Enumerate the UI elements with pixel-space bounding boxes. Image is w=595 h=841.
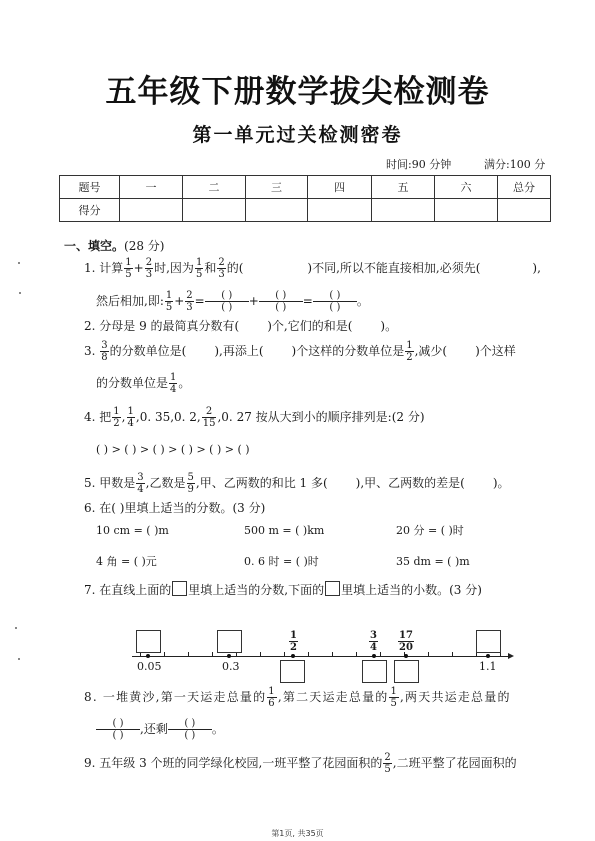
- fraction-answer-blank[interactable]: ( )( ): [205, 290, 249, 313]
- fraction: 16: [267, 686, 277, 709]
- fraction: 215: [202, 406, 217, 429]
- tick: [452, 652, 453, 656]
- q4-order-blanks[interactable]: ( ) > ( ) > ( ) > ( ) > ( ) > ( ): [96, 442, 250, 458]
- fraction: 12: [112, 406, 120, 429]
- number-line: [132, 656, 510, 657]
- answer-box-above-1-1[interactable]: [476, 630, 501, 653]
- question-1-line1: 1. 计算15+23时,因为15和23的()不同,所以不能直接相加,必须先(),: [84, 257, 541, 280]
- question-number: 3.: [84, 344, 95, 358]
- scan-speck: [18, 262, 20, 264]
- q6-item-3[interactable]: 20 分 = ( )时: [396, 523, 464, 539]
- q1-text: 时,因为: [154, 261, 194, 275]
- question-number: 9.: [84, 756, 95, 770]
- label-0-05: 0.05: [137, 660, 162, 673]
- tick: [356, 652, 357, 656]
- q5-text: ,甲、乙两数的和比 1 多(: [196, 476, 328, 490]
- fraction-answer-blank[interactable]: ( )( ): [96, 718, 140, 741]
- exam-title: 五年级下册数学拔尖检测卷: [0, 66, 595, 111]
- equals-sign: =: [303, 294, 313, 308]
- q2-text: )。: [380, 319, 397, 333]
- period: 。: [357, 294, 369, 308]
- plus-sign: +: [134, 261, 144, 275]
- question-3-line1: 3. 38的分数单位是(),再添上()个这样的分数单位是12,减少()个这样: [84, 340, 516, 363]
- fraction: 12: [405, 340, 413, 363]
- q8-text: ,还剩: [140, 722, 168, 736]
- scan-speck: [18, 658, 20, 660]
- q1-text: 和: [204, 261, 216, 275]
- tick: [212, 652, 213, 656]
- tick: [332, 652, 333, 656]
- tick: [188, 652, 189, 656]
- q4-text: 把: [99, 410, 111, 424]
- q3-text: )个这样: [475, 344, 516, 358]
- point-0-05: [146, 654, 150, 658]
- fraction: 15: [195, 257, 203, 280]
- score-input-2[interactable]: [183, 199, 246, 222]
- question-2: 2. 分母是 9 的最简真分数有()个,它们的和是()。: [84, 318, 397, 334]
- label-17-20: 1720: [397, 630, 415, 653]
- q4-text: ,0. 27 按从大到小的顺序排列是:(2 分): [217, 410, 424, 424]
- tick: [380, 652, 381, 656]
- q7-text: 在直线上面的: [99, 583, 171, 597]
- period: 。: [212, 722, 224, 736]
- fraction-answer-blank[interactable]: ( )( ): [259, 290, 303, 313]
- cell-section-6: 六: [435, 176, 498, 199]
- q1-text: ),: [532, 261, 541, 275]
- q7-text: 里填上适当的分数,下面的: [188, 583, 324, 597]
- score-input-6[interactable]: [435, 199, 498, 222]
- full-score: 满分:100 分: [484, 156, 545, 172]
- question-3-line2: 的分数单位是14。: [96, 372, 190, 395]
- cell-section-4: 四: [308, 176, 372, 199]
- fraction: 59: [187, 472, 195, 495]
- page-footer: 第1页, 共35页: [0, 828, 595, 839]
- question-number: 2.: [84, 319, 95, 333]
- question-6: 6. 在( )里填上适当的分数。(3 分): [84, 500, 265, 516]
- q1-text: 计算: [99, 261, 123, 275]
- answer-box-above-0-05[interactable]: [136, 630, 161, 653]
- question-7: 7. 在直线上面的里填上适当的分数,下面的里填上适当的小数。(3 分): [84, 581, 482, 598]
- q8-text: ,两天共运走总量的: [400, 690, 511, 704]
- q9-text: 五年级 3 个班的同学绿化校园,一班平整了花园面积的: [99, 756, 382, 770]
- equals-sign: =: [195, 294, 205, 308]
- section-points: (28 分): [124, 239, 164, 253]
- fraction: 14: [127, 406, 135, 429]
- score-input-3[interactable]: [246, 199, 308, 222]
- cell-label-score: 得分: [60, 199, 120, 222]
- tick: [284, 652, 285, 656]
- answer-box-below-half[interactable]: [280, 660, 305, 683]
- q1-text: 然后相加,即:: [96, 294, 164, 308]
- exam-subtitle: 第一单元过关检测密卷: [0, 120, 595, 147]
- tick: [428, 652, 429, 656]
- fraction: 38: [100, 340, 108, 363]
- question-8-line1: 8. 一堆黄沙,第一天运走总量的16,第二天运走总量的15,两天共运走总量的: [84, 686, 511, 709]
- arrow-right-icon: [508, 653, 514, 659]
- score-table-header-row: 题号 一 二 三 四 五 六 总分: [60, 176, 551, 199]
- fraction: 15: [389, 686, 399, 709]
- q8-text: ,第二天运走总量的: [278, 690, 389, 704]
- q6-item-5[interactable]: 0. 6 时 = ( )时: [244, 554, 319, 570]
- cell-total: 总分: [498, 176, 551, 199]
- section-title: 一、填空。: [64, 239, 124, 253]
- point-0-3: [227, 654, 231, 658]
- answer-box-below-three-quarters[interactable]: [362, 660, 387, 683]
- cell-section-5: 五: [372, 176, 435, 199]
- label-three-quarters: 34: [368, 630, 379, 653]
- score-table-score-row: 得分: [60, 199, 551, 222]
- q3-text: )个这样的分数单位是: [292, 344, 405, 358]
- question-number: 8.: [84, 690, 98, 704]
- q8-text: 一堆黄沙,第一天运走总量的: [103, 690, 266, 704]
- answer-box-below-17-20[interactable]: [394, 660, 419, 683]
- question-8-line2: ( )( ),还剩( )( )。: [96, 718, 224, 741]
- period: 。: [178, 376, 190, 390]
- question-number: 7.: [84, 583, 95, 597]
- fraction: 15: [124, 257, 132, 280]
- scan-speck: [19, 292, 21, 294]
- tick: [260, 652, 261, 656]
- q2-text: 分母是 9 的最简真分数有(: [99, 319, 239, 333]
- score-table: 题号 一 二 三 四 五 六 总分 得分: [59, 175, 551, 222]
- q5-text: )。: [493, 476, 510, 490]
- box-icon: [325, 581, 340, 596]
- question-number: 6.: [84, 501, 95, 515]
- point-half: [291, 654, 295, 658]
- fraction: 34: [136, 472, 144, 495]
- q3-text: 的分数单位是: [96, 376, 168, 390]
- q4-text: ,0. 35,0. 2,: [136, 410, 201, 424]
- label-0-3: 0.3: [222, 660, 240, 673]
- q9-text: ,二班平整了花园面积的: [393, 756, 517, 770]
- q1-text: 的(: [227, 261, 244, 275]
- cell-section-3: 三: [246, 176, 308, 199]
- q3-text: ),再添上(: [214, 344, 263, 358]
- cell-section-1: 一: [120, 176, 183, 199]
- question-5: 5. 甲数是34,乙数是59,甲、乙两数的和比 1 多(),甲、乙两数的差是()…: [84, 472, 510, 495]
- scan-speck: [15, 627, 17, 629]
- cell-section-2: 二: [183, 176, 246, 199]
- label-one-half: 12: [288, 630, 299, 653]
- fraction: 23: [145, 257, 153, 280]
- fraction: 23: [185, 290, 193, 313]
- score-input-total[interactable]: [498, 199, 551, 222]
- point-1-1: [486, 654, 490, 658]
- q6-text: 在( )里填上适当的分数。(3 分): [99, 501, 265, 515]
- question-number: 5.: [84, 476, 95, 490]
- cell-label-question-number: 题号: [60, 176, 120, 199]
- q5-text: ),甲、乙两数的差是(: [356, 476, 465, 490]
- box-icon: [172, 581, 187, 596]
- fraction: 15: [165, 290, 173, 313]
- fraction: 25: [383, 752, 391, 775]
- point-17-20: [404, 654, 408, 658]
- q5-text: 甲数是: [99, 476, 135, 490]
- score-input-4[interactable]: [308, 199, 372, 222]
- answer-box-above-0-3[interactable]: [217, 630, 242, 653]
- plus-sign: +: [174, 294, 184, 308]
- time-limit: 时间:90 分钟: [386, 156, 451, 172]
- question-9: 9. 五年级 3 个班的同学绿化校园,一班平整了花园面积的25,二班平整了花园面…: [84, 752, 517, 775]
- tick: [164, 652, 165, 656]
- q6-item-2[interactable]: 500 m = ( )km: [244, 523, 324, 539]
- fraction: 14: [169, 372, 177, 395]
- q6-item-4[interactable]: 4 角 = ( )元: [96, 554, 157, 570]
- fraction-answer-blank[interactable]: ( )( ): [168, 718, 212, 741]
- q3-text: ,减少(: [415, 344, 448, 358]
- score-input-1[interactable]: [120, 199, 183, 222]
- fraction-answer-blank[interactable]: ( )( ): [313, 290, 357, 313]
- point-three-quarters: [372, 654, 376, 658]
- q6-item-6[interactable]: 35 dm = ( )m: [396, 554, 470, 570]
- q6-item-1[interactable]: 10 cm = ( )m: [96, 523, 169, 539]
- question-number: 1.: [84, 261, 95, 275]
- q1-text: )不同,所以不能直接相加,必须先(: [307, 261, 480, 275]
- q5-text: ,乙数是: [146, 476, 186, 490]
- score-input-5[interactable]: [372, 199, 435, 222]
- question-number: 4.: [84, 410, 95, 424]
- question-4: 4. 把12,14,0. 35,0. 2,215,0. 27 按从大到小的顺序排…: [84, 406, 425, 429]
- label-1-1: 1.1: [479, 660, 497, 673]
- section-heading: 一、填空。(28 分): [64, 237, 164, 254]
- q3-text: 的分数单位是(: [110, 344, 187, 358]
- question-1-line2: 然后相加,即:15+23=( )( )+( )( )=( )( )。: [96, 290, 369, 313]
- tick: [308, 652, 309, 656]
- plus-sign: +: [249, 294, 259, 308]
- fraction: 23: [217, 257, 225, 280]
- q2-text: )个,它们的和是(: [267, 319, 352, 333]
- q7-text: 里填上适当的小数。(3 分): [341, 583, 482, 597]
